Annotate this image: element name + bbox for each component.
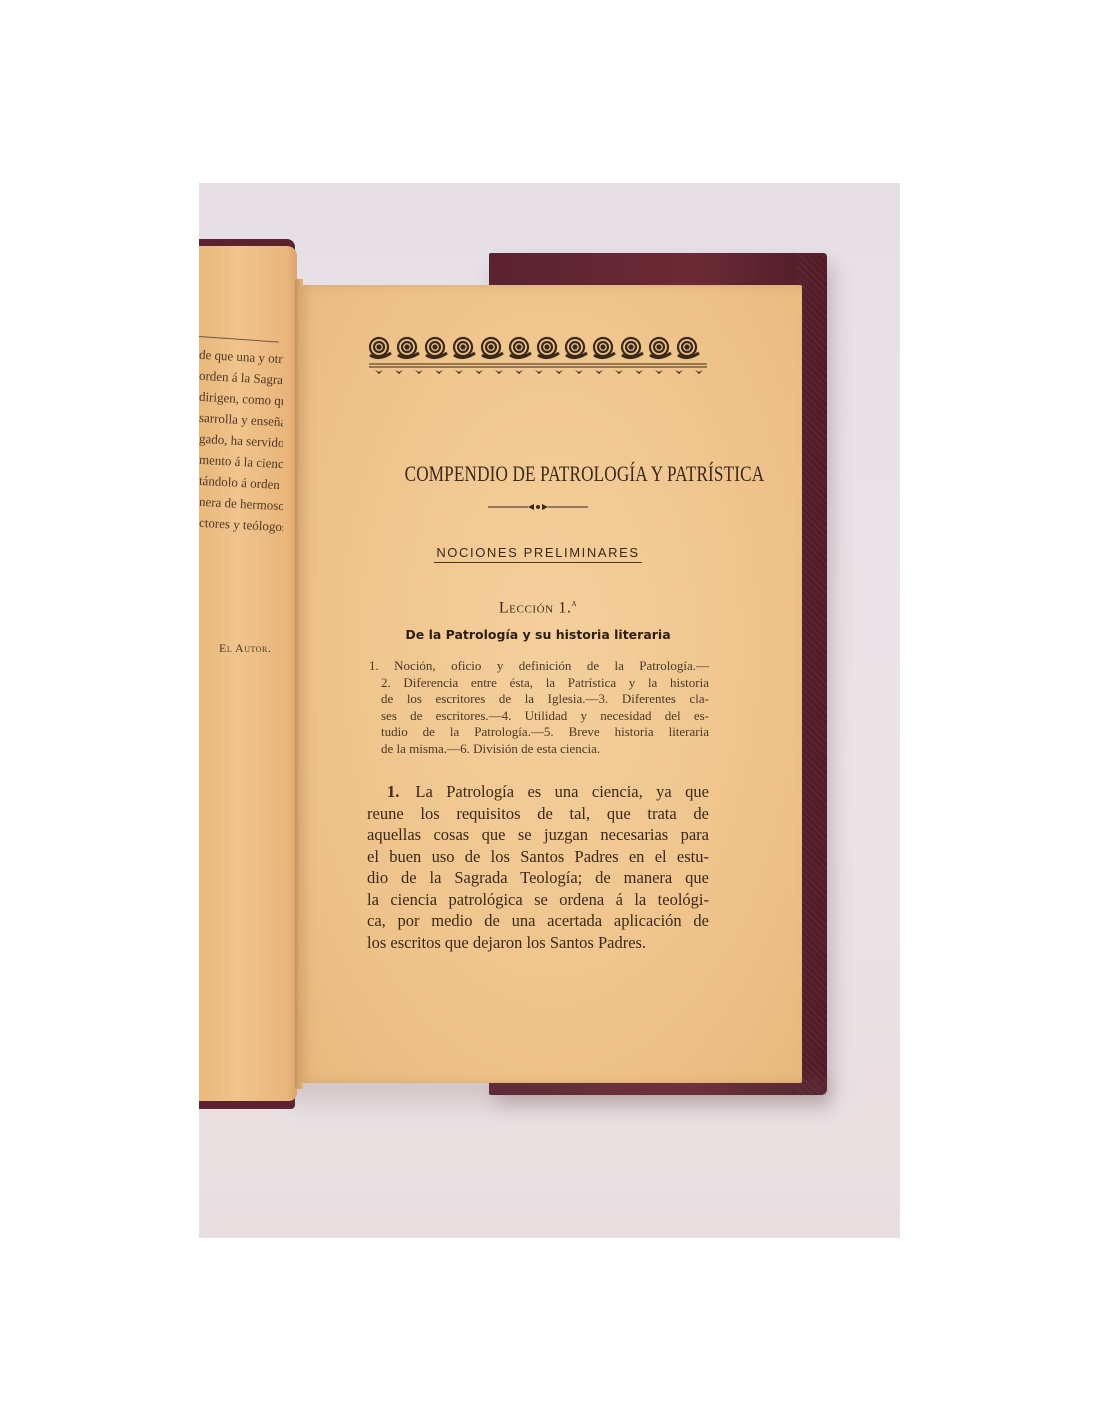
summary-line: de la misma.—6. División de esta ciencia… — [369, 741, 709, 758]
left-line: ctores y teólogos — [199, 512, 283, 535]
summary-line: tudio de la Patrología.—5. Breve histori… — [369, 724, 709, 741]
body-paragraph: 1.La Patrología es una ciencia, ya que r… — [367, 781, 709, 953]
paragraph-line: dio de la Sagrada Teología; de manera qu… — [367, 867, 709, 889]
lesson-summary: 1. Noción, oficio y definición de la Pat… — [367, 658, 709, 757]
paragraph-line: ca, por medio de una acertada aplicación… — [367, 910, 709, 932]
section-heading: NOCIONES PRELIMINARES — [367, 545, 709, 560]
lesson-subtitle: De la Patrología y su historia literaria — [367, 627, 709, 642]
decorative-rule-icon — [488, 503, 588, 511]
summary-line: de los escritores de la Iglesia.—3. Dife… — [369, 691, 709, 708]
summary-line: 2. Diferencia entre ésta, la Patrística … — [369, 675, 709, 692]
lesson-label: Lección 1. — [499, 599, 572, 616]
paragraph-line: los escritos que dejaron los Santos Padr… — [367, 932, 709, 954]
paragraph-line: el buen uso de los Santos Padres en el e… — [367, 846, 709, 868]
paragraph-first-line: 1.La Patrología es una ciencia, ya que — [367, 781, 709, 803]
author-signature: El Autor. — [219, 641, 279, 656]
left-page: de que una y otra orden á la Sagra- diri… — [199, 246, 297, 1101]
right-page-content: COMPENDIO DE PATROLOGÍA Y PATRÍSTICA NOC… — [367, 333, 709, 953]
paragraph-line: la ciencia patrológica se ordena á la te… — [367, 889, 709, 911]
summary-line: 1. Noción, oficio y definición de la Pat… — [369, 658, 709, 675]
spiral-wave-border-icon — [367, 333, 709, 377]
lesson-superscript: a — [572, 598, 578, 609]
page-shadow — [289, 1078, 829, 1118]
left-page-text: de que una y otra orden á la Sagra- diri… — [199, 346, 283, 535]
paragraph-first-text: La Patrología es una ciencia, ya que — [415, 782, 709, 801]
book-photo: de que una y otra orden á la Sagra- diri… — [199, 183, 900, 1238]
summary-line: ses de escritores.—4. Utilidad y necesid… — [369, 708, 709, 725]
paragraph-line: reune los requisitos de tal, que trata d… — [367, 803, 709, 825]
left-page-rule — [199, 336, 279, 343]
paragraph-line: aquellas cosas que se juzgan necesarias … — [367, 824, 709, 846]
book-title: COMPENDIO DE PATROLOGÍA Y PATRÍSTICA — [405, 461, 672, 487]
section-heading-text: NOCIONES PRELIMINARES — [434, 545, 641, 563]
paragraph-number: 1. — [387, 782, 399, 801]
lesson-heading: Lección 1.a — [367, 598, 709, 617]
